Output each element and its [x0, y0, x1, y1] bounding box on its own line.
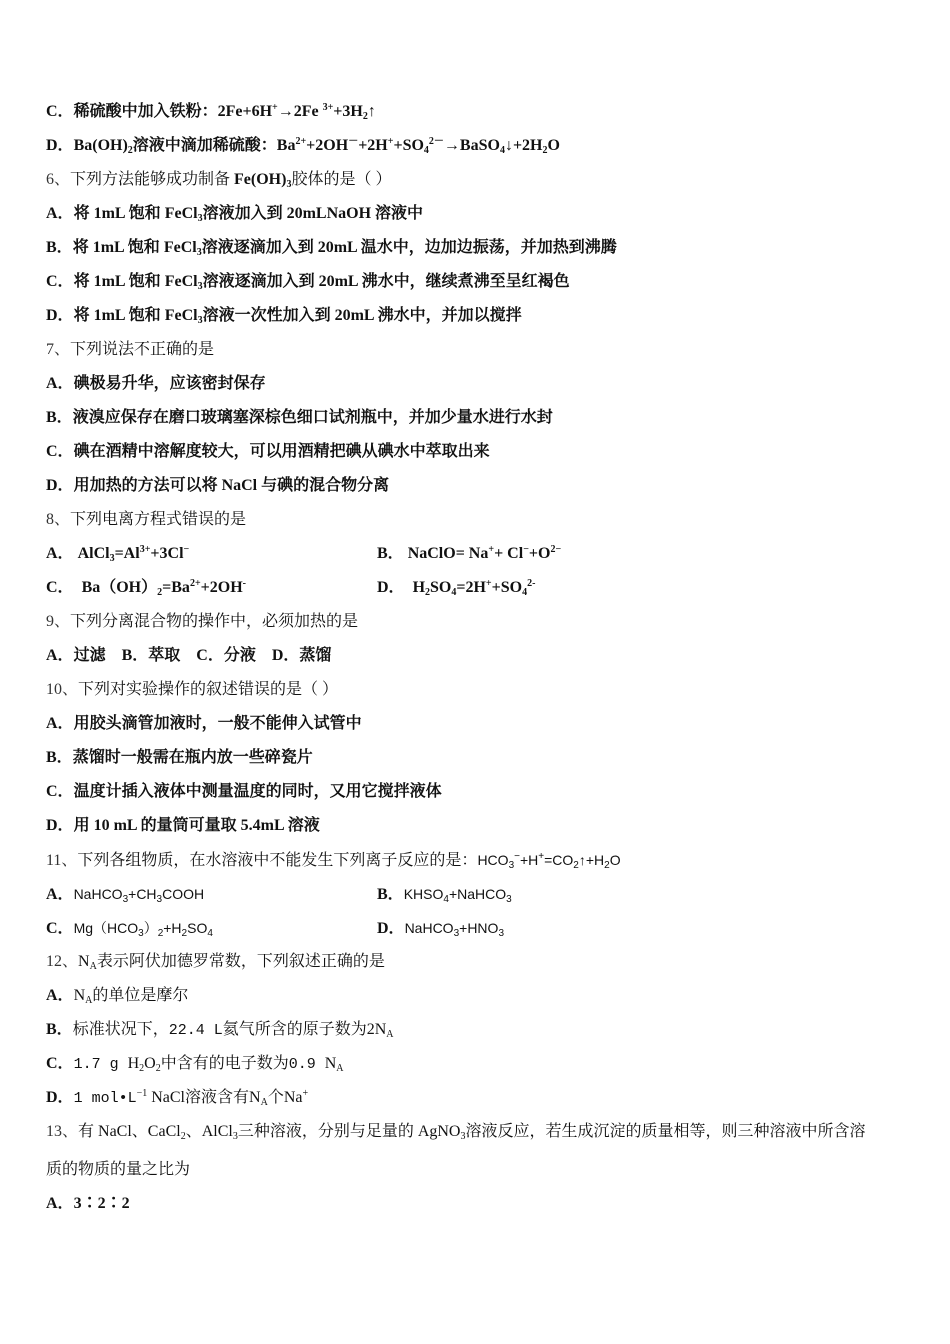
q12-option-d: D．1 mol•L−1 NaCl溶液含有NA个Na+ — [46, 1088, 308, 1109]
option-label: D． — [46, 137, 74, 154]
stem-text: 溶液反应，若生成沉淀的质量相等，则三种溶液中所含溶 — [465, 1123, 865, 1140]
option-text: 0.9 — [289, 1056, 325, 1073]
option-label: D． — [46, 817, 74, 834]
option-label: A． — [46, 545, 74, 562]
option-label: A． — [46, 205, 74, 222]
q10-option-a: A．用胶头滴管加液时，一般不能伸入试管中 — [46, 714, 362, 734]
q5-option-d: D．Ba(OH)2溶液中滴加稀硫酸：Ba2++2OH－+2H++SO42－→Ba… — [46, 136, 560, 156]
option-text: 的单位是摩尔 — [92, 987, 188, 1004]
q7-option-c: C．碘在酒精中溶解度较大，可以用酒精把碘从碘水中萃取出来 — [46, 442, 490, 462]
option-label: C． — [46, 103, 74, 120]
question-13-stem: 13、有 NaCl、CaCl2、AlCl3三种溶液，分别与足量的 AgNO3溶液… — [46, 1122, 866, 1142]
option-text: 蒸馏时一般需在瓶内放一些碎瓷片 — [73, 749, 313, 766]
question-11-stem: 11、下列各组物质，在水溶液中不能发生下列离子反应的是：HCO3−+H+=CO2… — [46, 850, 621, 871]
question-10-stem: 10、下列对实验操作的叙述错误的是（ ） — [46, 680, 338, 700]
option-text: 溶液逐滴加入到 20mL 沸水中，继续煮沸至呈红褐色 — [203, 273, 570, 290]
q6-option-a: A．将 1mL 饱和 FeCl3溶液加入到 20mLNaOH 溶液中 — [46, 204, 423, 224]
q6-option-c: C．将 1mL 饱和 FeCl3溶液逐滴加入到 20mL 沸水中，继续煮沸至呈红… — [46, 272, 570, 292]
option-label: D． — [46, 477, 74, 494]
question-number: 13、 — [46, 1123, 78, 1140]
q11-option-b: B．KHSO4+NaHCO3 — [377, 884, 512, 905]
option-text: 中含有的电子数为 — [161, 1055, 289, 1072]
option-label: D． — [377, 579, 405, 596]
option-text: 个 — [268, 1089, 284, 1106]
option-label: C． — [46, 443, 74, 460]
option-text: 溶液含有 — [185, 1089, 249, 1106]
question-number: 11、 — [46, 852, 77, 869]
q12-option-a: A．NA的单位是摩尔 — [46, 986, 188, 1006]
stem-text: 下列分离混合物的操作中，必须加热的是 — [70, 613, 358, 630]
stem-text: 有 NaCl、CaCl — [78, 1123, 181, 1140]
option-text: 分液 — [224, 647, 256, 664]
option-label: B． — [122, 647, 149, 664]
option-text: 萃取 — [148, 647, 180, 664]
option-label: C． — [46, 579, 74, 596]
question-number: 8、 — [46, 511, 70, 528]
stem-text: 下列方法能够成功制备 — [70, 171, 234, 188]
option-label: C． — [46, 1055, 74, 1072]
option-label: B． — [377, 886, 404, 903]
question-6-stem: 6、下列方法能够成功制备 Fe(OH)3胶体的是（ ） — [46, 170, 391, 190]
option-label: B． — [46, 239, 73, 256]
q8-option-c: C． Ba（OH）2=Ba2++2OH- — [46, 578, 246, 598]
q5-option-c: C．稀硫酸中加入铁粉：2Fe+6H+→2Fe 3++3H2↑ — [46, 102, 376, 122]
option-label: D． — [46, 1089, 74, 1106]
option-label: A． — [46, 1195, 74, 1212]
option-text: 过滤 — [74, 647, 106, 664]
option-text: 将 1mL 饱和 — [74, 307, 165, 324]
option-label: C． — [46, 783, 74, 800]
option-text: 溶液一次性加入到 20mL 沸水中，并加以搅拌 — [203, 307, 522, 324]
q8-option-d: D． H2SO4=2H++SO42- — [377, 578, 535, 598]
option-text: 3∶2∶2 — [74, 1195, 130, 1212]
option-label: A． — [46, 886, 74, 903]
stem-text: 下列说法不正确的是 — [70, 341, 214, 358]
q9-options: A．过滤 B．萃取 C．分液 D．蒸馏 — [46, 646, 331, 666]
option-text: 蒸馏 — [299, 647, 331, 664]
option-text: 将 1mL 饱和 — [74, 205, 165, 222]
q11-option-d: D．NaHCO3+HNO3 — [377, 918, 504, 939]
question-number: 6、 — [46, 171, 70, 188]
q12-option-b: B．标准状况下，22.4 L氦气所含的原子数为2NA — [46, 1020, 394, 1041]
question-8-stem: 8、下列电离方程式错误的是 — [46, 510, 246, 530]
option-label: A． — [46, 375, 74, 392]
q7-option-b: B．液溴应保存在磨口玻璃塞深棕色细口试剂瓶中，并加少量水进行水封 — [46, 408, 553, 428]
question-number: 9、 — [46, 613, 70, 630]
question-7-stem: 7、下列说法不正确的是 — [46, 340, 214, 360]
question-number: 12、 — [46, 953, 78, 970]
stem-text: 下列电离方程式错误的是 — [70, 511, 246, 528]
option-label: D． — [377, 920, 405, 937]
q11-option-c: C．Mg（HCO3）2+H2SO4 — [46, 918, 213, 939]
option-text: 稀硫酸中加入铁粉： — [74, 103, 218, 120]
option-label: A． — [46, 987, 74, 1004]
option-text: 溶液加入到 20mLNaOH 溶液中 — [203, 205, 423, 222]
option-text: 氦气所含的原子数为 — [223, 1021, 367, 1038]
q6-option-b: B．将 1mL 饱和 FeCl3溶液逐滴加入到 20mL 温水中，边加边振荡，并… — [46, 238, 617, 258]
option-text: 用加热的方法可以将 NaCl 与碘的混合物分离 — [74, 477, 390, 494]
option-label: C． — [196, 647, 224, 664]
option-text: 1.7 g — [74, 1056, 128, 1073]
stem-text: 、AlCl — [186, 1123, 233, 1140]
option-text: 22.4 L — [169, 1022, 223, 1039]
question-9-stem: 9、下列分离混合物的操作中，必须加热的是 — [46, 612, 358, 632]
question-number: 7、 — [46, 341, 70, 358]
question-number: 10、 — [46, 681, 78, 698]
option-label: D． — [272, 647, 300, 664]
stem-text: 质的物质的量之比为 — [46, 1161, 190, 1178]
question-12-stem: 12、NA表示阿伏加德罗常数，下列叙述正确的是 — [46, 952, 385, 972]
option-label: C． — [46, 273, 74, 290]
option-text: 碘在酒精中溶解度较大，可以用酒精把碘从碘水中萃取出来 — [74, 443, 490, 460]
option-text: 碘极易升华，应该密封保存 — [74, 375, 266, 392]
q6-option-d: D．将 1mL 饱和 FeCl3溶液一次性加入到 20mL 沸水中，并加以搅拌 — [46, 306, 522, 326]
option-label: A． — [46, 715, 74, 732]
question-13-stem-cont: 质的物质的量之比为 — [46, 1160, 190, 1180]
q13-option-a: A．3∶2∶2 — [46, 1194, 130, 1214]
option-text: 用胶头滴管加液时，一般不能伸入试管中 — [74, 715, 362, 732]
q8-option-b: B． NaClO= Na++ Cl−+O2− — [377, 544, 561, 564]
option-text: 溶液逐滴加入到 20mL 温水中，边加边振荡，并加热到沸腾 — [202, 239, 617, 256]
option-label: D． — [46, 307, 74, 324]
option-label: B． — [377, 545, 404, 562]
option-label: B． — [46, 749, 73, 766]
option-label: B． — [46, 1021, 73, 1038]
option-text: 液溴应保存在磨口玻璃塞深棕色细口试剂瓶中，并加少量水进行水封 — [73, 409, 553, 426]
q12-option-c: C．1.7 g H2O2中含有的电子数为0.9 NA — [46, 1054, 344, 1075]
option-text: 1 mol•L — [74, 1090, 137, 1107]
q7-option-d: D．用加热的方法可以将 NaCl 与碘的混合物分离 — [46, 476, 389, 496]
q10-option-b: B．蒸馏时一般需在瓶内放一些碎瓷片 — [46, 748, 313, 768]
option-label: A． — [46, 647, 74, 664]
stem-text: 表示阿伏加德罗常数，下列叙述正确的是 — [97, 953, 385, 970]
option-text: 标准状况下， — [73, 1021, 169, 1038]
option-text: 温度计插入液体中测量温度的同时，又用它搅拌液体 — [74, 783, 442, 800]
option-text: 用 10 mL 的量筒可量取 5.4mL 溶液 — [74, 817, 320, 834]
stem-text: 三种溶液，分别与足量的 AgNO — [238, 1123, 461, 1140]
q8-option-a: A． AlCl3=Al3++3Cl− — [46, 544, 189, 564]
option-label: C． — [46, 920, 74, 937]
q7-option-a: A．碘极易升华，应该密封保存 — [46, 374, 266, 394]
option-text: 将 1mL 饱和 — [74, 273, 165, 290]
option-label: B． — [46, 409, 73, 426]
q10-option-c: C．温度计插入液体中测量温度的同时，又用它搅拌液体 — [46, 782, 442, 802]
q11-option-a: A．NaHCO3+CH3COOH — [46, 884, 204, 905]
stem-text: 胶体的是（ ） — [291, 171, 391, 188]
option-text: 将 1mL 饱和 — [73, 239, 164, 256]
q10-option-d: D．用 10 mL 的量筒可量取 5.4mL 溶液 — [46, 816, 320, 836]
stem-text: 下列对实验操作的叙述错误的是（ ） — [78, 681, 338, 698]
option-text: 溶液中滴加稀硫酸： — [133, 137, 277, 154]
stem-text: 下列各组物质，在水溶液中不能发生下列离子反应的是： — [77, 852, 477, 869]
